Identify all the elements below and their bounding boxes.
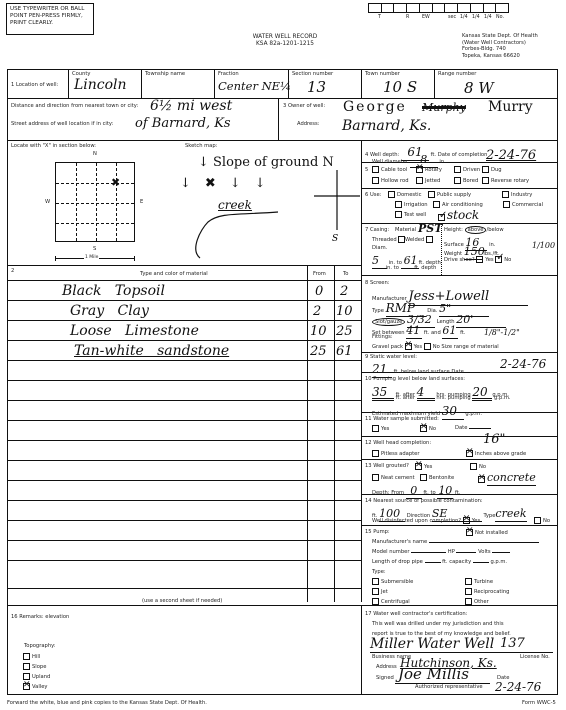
method-driven[interactable]: Driven [454, 166, 480, 174]
pump-other[interactable]: Other [465, 598, 489, 606]
topo-valley[interactable]: Valley [23, 683, 47, 691]
pump-drop-pipe[interactable]: Length of drop pipe ft. capacity g.p.m. [372, 559, 507, 566]
owner-first-name[interactable]: George [343, 99, 407, 115]
sketch-creek-line [170, 200, 290, 260]
fraction-value[interactable]: Center NE¼ [218, 79, 291, 93]
pump-model[interactable]: Model number HP Volts [372, 549, 510, 556]
street-value[interactable]: of Barnard, Ks [135, 116, 231, 131]
use-irrigation[interactable]: Irrigation [395, 201, 428, 209]
instructions-box: USE TYPEWRITER OR BALL POINT PEN-PRESS F… [6, 3, 94, 35]
signature[interactable]: Joe Millis [398, 665, 469, 683]
owner-struck-name: Murphy [422, 101, 466, 114]
use-industry[interactable]: Industry [502, 191, 532, 199]
mile-scale: 1 Mile [55, 256, 135, 261]
drive-shoe[interactable]: Drive shoe? Yes No [444, 256, 511, 264]
pitless-adapter[interactable]: Pitless adapter [372, 450, 419, 458]
form-number: Form WWC-5 [522, 700, 556, 707]
grouted-no[interactable]: No [470, 463, 486, 471]
grout-depth[interactable]: Depth: From 0 ft. to 10 ft. [372, 484, 460, 499]
method-dug[interactable]: Dug [482, 166, 502, 174]
range-value[interactable]: 8 W [464, 79, 494, 97]
method-bored[interactable]: Bored [454, 177, 478, 185]
topo-hill[interactable]: Hill [23, 653, 40, 661]
pump-reciprocating[interactable]: Reciprocating [465, 588, 509, 596]
location-label: 1 Location of well: [11, 82, 58, 89]
pump-not-installed[interactable]: Not installed [466, 529, 508, 537]
casing-welded[interactable]: Welded [405, 236, 435, 244]
method-reverse-rotary[interactable]: Reverse rotary [482, 177, 529, 185]
license-number[interactable]: 137 [500, 636, 525, 651]
casing-diam-row2[interactable]: in. to ft. depth [372, 265, 436, 272]
location-code-boxes [368, 3, 509, 13]
method-rotary[interactable]: Rotary [416, 166, 442, 174]
static-level-date[interactable]: 2-24-76 [500, 357, 546, 371]
pumping-level-row2[interactable]: ft. after hrs. pumping g.p.m. [372, 395, 511, 402]
pump-jet[interactable]: Jet [372, 588, 388, 596]
casing-threaded[interactable]: Threaded [372, 236, 407, 244]
gravel-pack[interactable]: Gravel pack Yes No Size range of materia… [372, 343, 499, 351]
town-value[interactable]: 10 S [383, 78, 417, 96]
sample-no[interactable]: No [420, 425, 436, 433]
business-name[interactable]: Miller Water Well [370, 636, 494, 652]
use-other[interactable]: stock [438, 208, 547, 224]
grout-neat-cement[interactable]: Neat cement [372, 474, 415, 482]
agency-address: Kansas State Dept. Of Health (Water Well… [462, 33, 538, 59]
inches-above-grade[interactable]: Inches above grade [466, 450, 526, 458]
sample-yes[interactable]: Yes [372, 425, 389, 433]
well-location-x-mark: ✖ [111, 176, 120, 189]
pump-submersible[interactable]: Submersible [372, 578, 413, 586]
above-option[interactable]: above [465, 226, 487, 234]
disinfected-no[interactable]: No [534, 517, 550, 525]
svg-text:S: S [332, 234, 338, 243]
use-domestic[interactable]: Domestic [388, 191, 421, 199]
owner-address[interactable]: Barnard, Ks. [342, 118, 431, 134]
casing-material[interactable]: PST [418, 222, 442, 235]
method-hollow-rod[interactable]: Hollow rod [372, 177, 409, 185]
distance-value[interactable]: 6½ mi west [150, 98, 232, 114]
pump-turbine[interactable]: Turbine [465, 578, 493, 586]
completion-date[interactable]: 2-24-76 [486, 148, 536, 163]
section-grid[interactable]: ✖ [55, 162, 135, 242]
form-title: WATER WELL RECORD KSA 82a-1201-1215 [220, 34, 350, 48]
use-test-well[interactable]: Test well [395, 211, 426, 219]
well-disinfected[interactable]: Well disinfected upon completion? Yes [372, 517, 480, 525]
owner-last-name[interactable]: Murry [488, 99, 533, 115]
grout-bentonite[interactable]: Bentonite [420, 474, 454, 482]
grout-other[interactable]: concrete [478, 471, 536, 486]
use-public-supply[interactable]: Public supply [428, 191, 471, 199]
topo-slope[interactable]: Slope [23, 663, 46, 671]
pump-manufacturer[interactable]: Manufacturer's name [372, 539, 539, 546]
certification-date[interactable]: 2-24-76 [495, 680, 541, 694]
sketch-arrows: ↓✖↓↓ [180, 176, 280, 191]
sample-date[interactable]: Date [455, 425, 491, 432]
method-jetted[interactable]: Jetted [416, 177, 440, 185]
method-cable-tool[interactable]: Cable tool [372, 166, 407, 174]
grouted-yes[interactable]: Yes [415, 463, 432, 471]
pump-centrifugal[interactable]: Centrifugal [372, 598, 410, 606]
sketch-compass: S [312, 168, 362, 243]
section-value[interactable]: 13 [307, 78, 326, 96]
county-value[interactable]: Lincoln [74, 77, 127, 93]
footer-instructions: Forward the white, blue and pink copies … [7, 700, 207, 707]
